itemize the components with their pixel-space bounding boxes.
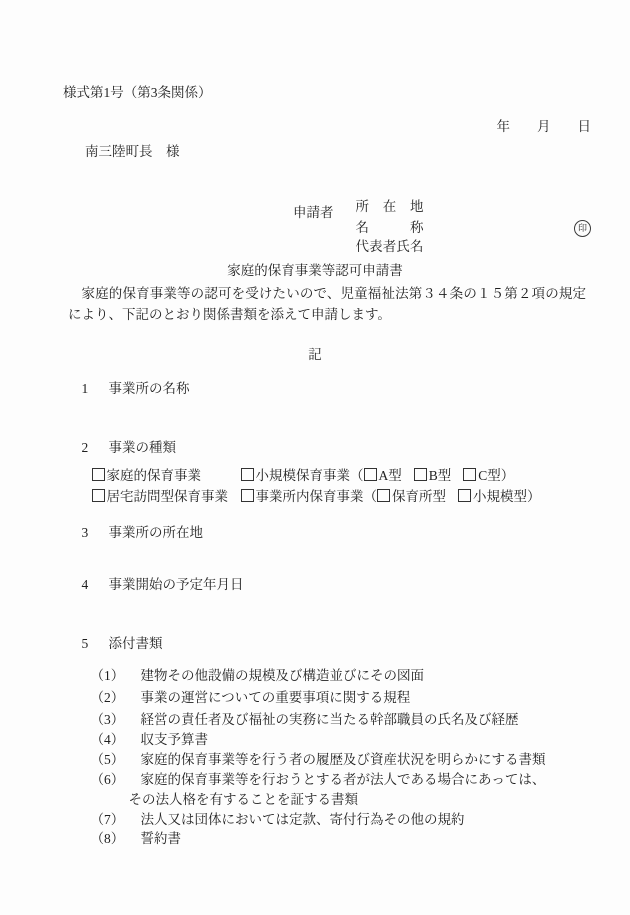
option-small-type: 小規模型 (458, 489, 527, 504)
section-4-heading: 4事業開始の予定年月日 (68, 562, 244, 607)
representative-field-label: 代表者氏名 (356, 239, 424, 254)
section-5-number: 5 (82, 636, 109, 651)
section-1-heading: 1事業所の名称 (68, 366, 190, 411)
attachment-text: 誓約書 (141, 831, 182, 846)
checkbox-home-visit[interactable] (92, 489, 105, 502)
note-heading: 記 (0, 347, 630, 362)
section-3-heading: 3事業所の所在地 (68, 510, 203, 555)
paren-open: （ (364, 489, 378, 504)
workplace-label: 事業所内保育事業 (256, 489, 364, 504)
addressee: 南三陸町長 様 (85, 144, 180, 159)
month-label: 月 (537, 119, 551, 134)
checkbox-small-type[interactable] (458, 489, 471, 502)
business-type-workplace: 事業所内保育事業（保育所型小規模型） (241, 489, 541, 504)
attachment-number: （8） (91, 831, 141, 846)
day-label: 日 (578, 119, 592, 134)
section-1-title: 事業所の名称 (109, 381, 190, 396)
section-3-number: 3 (82, 525, 109, 540)
document-title: 家庭的保育事業等認可申請書 (0, 263, 630, 278)
section-5-title: 添付書類 (109, 636, 163, 651)
attachment-item-8: （8）誓約書 (77, 816, 181, 861)
section-4-number: 4 (82, 577, 109, 592)
applicant-label: 申請者 (293, 205, 334, 220)
nursery-type-label: 保育所型 (392, 489, 446, 504)
seal-icon: 印 (574, 220, 591, 237)
year-label: 年 (497, 119, 511, 134)
application-form-page: 様式第1号（第3条関係） 年月日 南三陸町長 様 申請者 所在地 名称 代表者氏… (0, 0, 630, 915)
option-nursery-type: 保育所型 (377, 489, 446, 504)
section-3-title: 事業所の所在地 (109, 525, 204, 540)
business-type-home-visit: 居宅訪問型保育事業 (92, 489, 241, 504)
paren-close: ） (527, 489, 541, 504)
form-number: 様式第1号（第3条関係） (63, 85, 212, 100)
small-type-label: 小規模型 (473, 489, 527, 504)
section-4-title: 事業開始の予定年月日 (109, 577, 244, 592)
checkbox-workplace[interactable] (241, 489, 254, 502)
date-line: 年月日 (483, 104, 591, 149)
attachment-text: 法人又は団体においては定款、寄付行為その他の規約 (141, 812, 465, 827)
home-visit-label: 居宅訪問型保育事業 (107, 489, 229, 504)
section-1-number: 1 (82, 381, 109, 396)
intro-paragraph: 家庭的保育事業等の認可を受けたいので、児童福祉法第３４条の１５第２項の規定により… (68, 284, 586, 325)
checkbox-nursery-type[interactable] (377, 489, 390, 502)
